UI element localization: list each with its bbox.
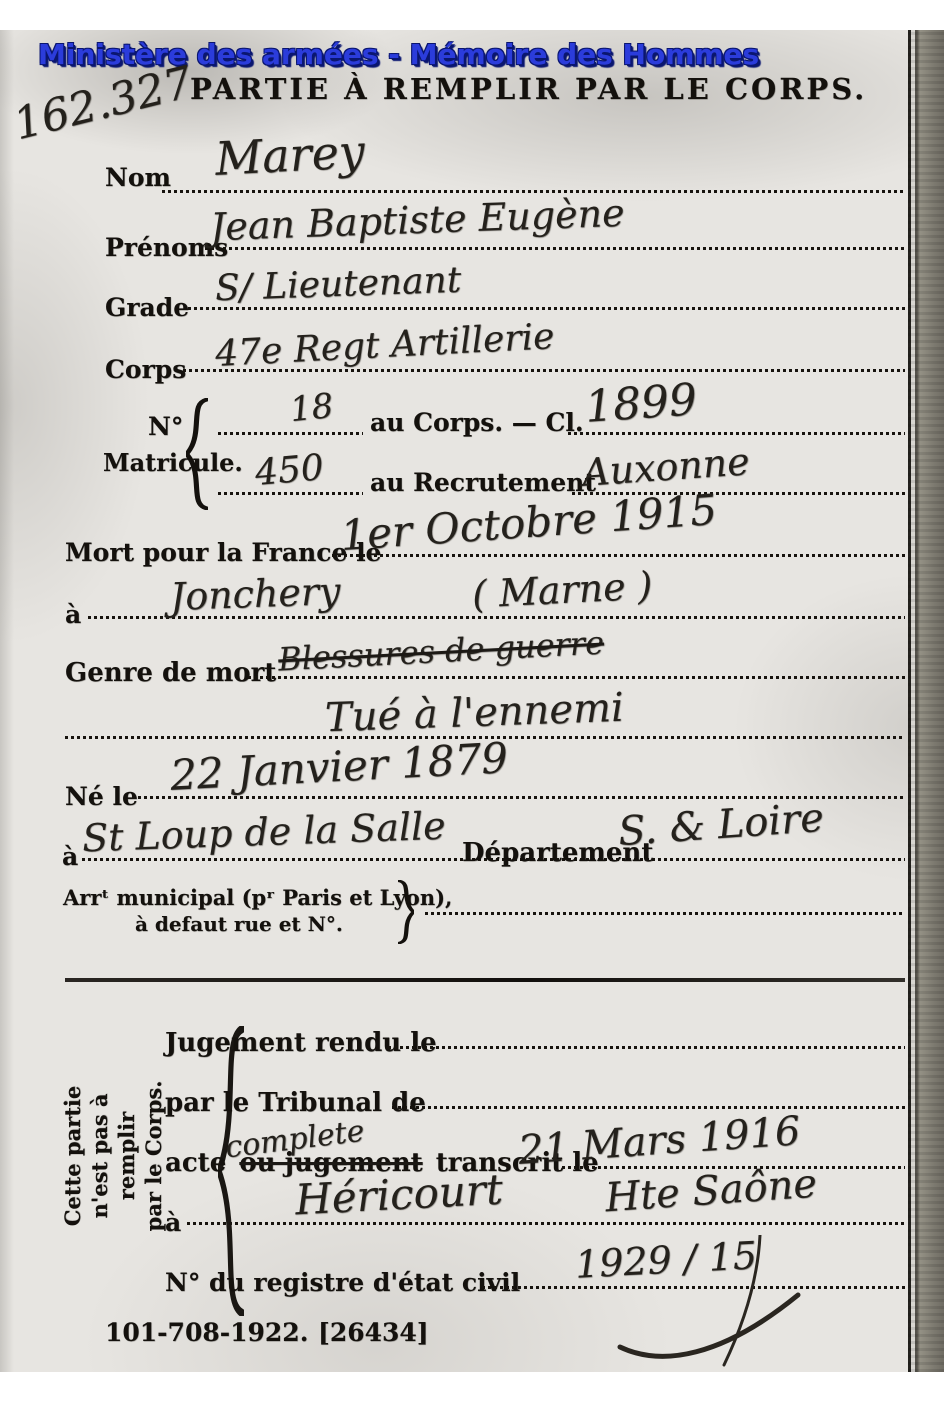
side-note-line2: n'est pas à remplir xyxy=(86,1048,140,1264)
field-label-ne-le: Né le xyxy=(65,782,138,811)
handwritten-corps: 47e Regt Artillerie xyxy=(214,316,555,375)
ink-flourish xyxy=(610,1235,820,1370)
field-label-grade: Grade xyxy=(105,293,189,322)
handwritten-jugement-lieu: Héricourt xyxy=(294,1165,504,1225)
field-label-nom: Nom xyxy=(105,163,171,192)
field-label-mort-le: Mort pour la France le xyxy=(65,538,381,567)
field-label-corps: Corps xyxy=(105,355,186,384)
dotted-line-tribunal xyxy=(392,1106,905,1109)
dotted-line-jugement-rendu xyxy=(388,1046,905,1049)
dotted-line-arr-municipal xyxy=(425,912,905,915)
inline-label-au-corps: au Corps. — Cl. xyxy=(370,408,584,437)
handwritten-ne-departement: S. & Loire xyxy=(617,795,826,855)
handwritten-mort-departement: ( Marne ) xyxy=(471,563,654,616)
handwritten-grade: S/ Lieutenant xyxy=(214,260,461,310)
handwritten-ne-date: 22 Janvier 1879 xyxy=(169,733,509,800)
dotted-line-grade xyxy=(188,307,905,310)
handwritten-mort-lieu: Jonchery xyxy=(169,569,341,619)
closing-brace-icon xyxy=(398,880,414,944)
field-label-jugement-rendu: Jugement rendu le xyxy=(165,1028,437,1058)
field-label-matricule: Matricule. xyxy=(103,448,243,477)
field-label-ne-lieu: à xyxy=(62,842,78,871)
field-label-arr-municipal-2: à defaut rue et N°. xyxy=(135,912,343,936)
acte-label-prefix: acte xyxy=(165,1148,226,1178)
dotted-line-matricule-recr-a xyxy=(218,492,363,495)
opening-brace-icon xyxy=(186,398,208,510)
field-label-jugement-lieu: à xyxy=(165,1208,181,1237)
footer-imprint: 101-708-1922. xyxy=(105,1318,308,1347)
side-note-line1: Cette partie xyxy=(59,1048,86,1264)
handwritten-nom: Marey xyxy=(214,124,366,186)
handwritten-matricule-recrutement: 450 xyxy=(253,447,325,494)
handwritten-recrutement-lieu: Auxonne xyxy=(581,439,751,495)
handwritten-genre-mort-crossed: Blessures de guerre xyxy=(277,623,605,678)
book-spine xyxy=(908,30,944,1372)
document-scan: Ministère des armées - Mémoire des Homme… xyxy=(0,30,944,1372)
handwritten-jugement-departement: Hte Saône xyxy=(604,1161,819,1222)
handwritten-genre-mort: Tué à l'ennemi xyxy=(324,685,624,741)
page-title: PARTIE À REMPLIR PAR LE CORPS. xyxy=(190,72,867,106)
dotted-line-prenoms xyxy=(205,247,905,250)
handwritten-classe: 1899 xyxy=(583,374,698,433)
field-label-arr-municipal-1: Arrᵗ municipal (pʳ Paris et Lyon), xyxy=(63,885,452,910)
dotted-line-genre-mort xyxy=(248,676,905,679)
handwritten-prenoms: Jean Baptiste Eugène xyxy=(209,191,625,249)
handwritten-ne-lieu: St Loup de la Salle xyxy=(81,804,446,861)
footer-reference: [26434] xyxy=(318,1318,429,1347)
dotted-line-matricule-corps-b xyxy=(568,432,905,435)
dotted-line-jugement-lieu xyxy=(187,1222,905,1225)
inline-label-au-recrutement: au Recrutement xyxy=(370,468,596,497)
side-note-line3: par le Corps. xyxy=(140,1048,167,1264)
side-note: Cette partie n'est pas à remplir par le … xyxy=(59,1048,141,1264)
field-label-genre-mort: Genre de mort xyxy=(65,658,276,688)
field-label-tribunal: par le Tribunal de xyxy=(165,1088,426,1118)
dotted-line-matricule-corps-a xyxy=(218,432,363,435)
section-divider xyxy=(65,978,905,982)
field-label-mort-lieu: à xyxy=(65,600,81,629)
field-label-registre: N° du registre d'état civil xyxy=(165,1268,520,1297)
field-label-matricule-no: N° xyxy=(148,412,183,441)
handwritten-matricule-corps: 18 xyxy=(288,386,335,430)
dotted-line-nom xyxy=(162,190,905,193)
page: Ministère des armées - Mémoire des Homme… xyxy=(0,0,944,1417)
